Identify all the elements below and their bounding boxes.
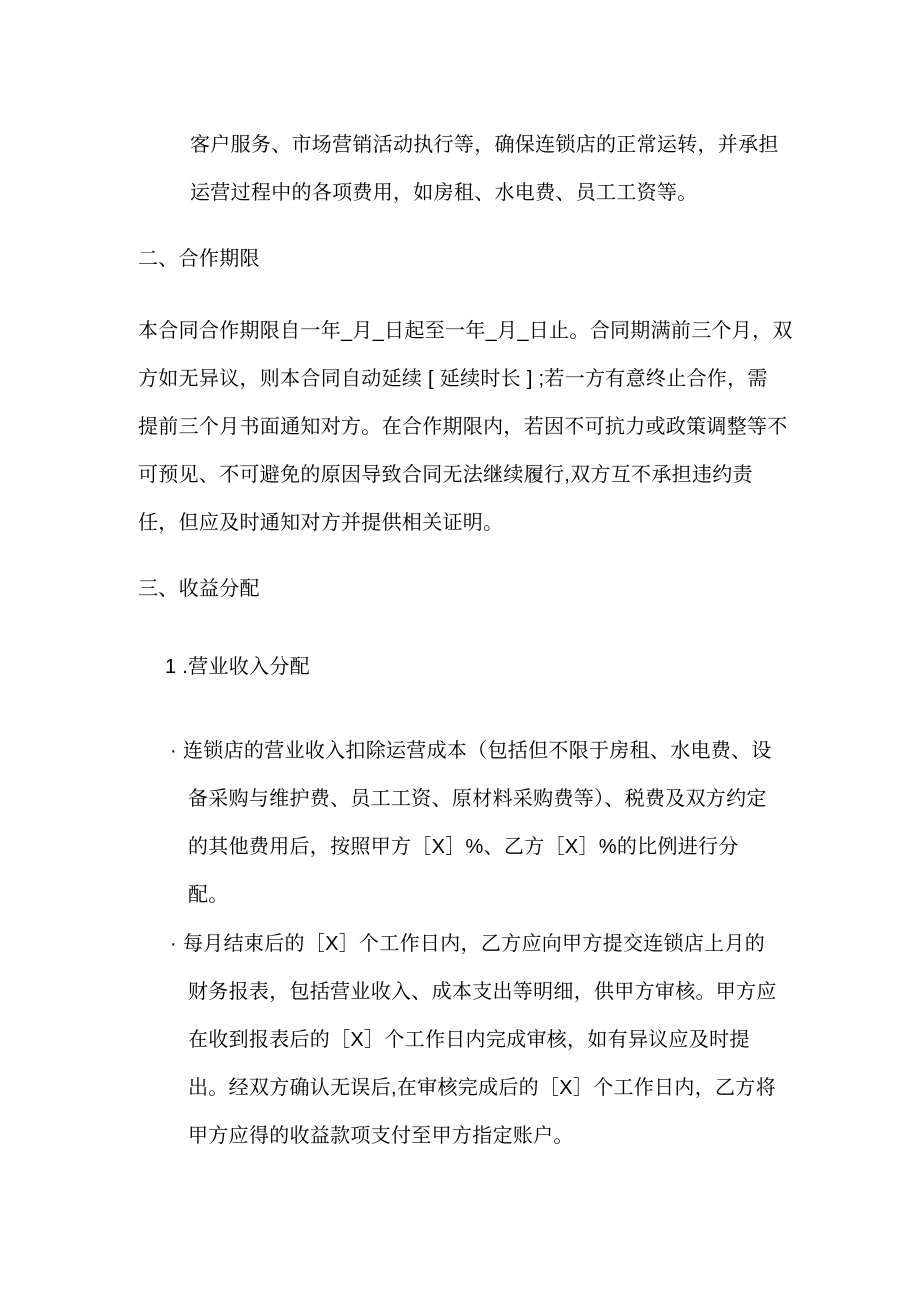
cooperation-period-paragraph: 本合同合作期限自一年_月_日起至一年_月_日止。合同期满前三个月，双 方如无异议…: [0, 307, 920, 547]
text-line: 可预见、不可避免的原因导致合同无法继续履行,双方互不承担违约责: [0, 451, 920, 499]
text-line: 客户服务、市场营销活动执行等，确保连锁店的正常运转，并承担: [0, 121, 920, 169]
intro-paragraph: 客户服务、市场营销活动执行等，确保连锁店的正常运转，并承担 运营过程中的各项费用…: [0, 121, 920, 217]
text-line: 提前三个月书面通知对方。在合作期限内，若因不可抗力或政策调整等不: [0, 403, 920, 451]
text-line: 每月结束后的［X］个工作日内，乙方应向甲方提交连锁店上月的: [183, 933, 765, 955]
text-line: 任，但应及时通知对方并提供相关证明。: [0, 499, 920, 547]
text-line: 的其他费用后，按照甲方［X］%、乙方［X］%的比例进行分: [0, 823, 920, 871]
list-item-first-line: ·连锁店的营业收入扣除运营成本（包括但不限于房租、水电费、设: [0, 727, 920, 775]
text-line: 连锁店的营业收入扣除运营成本（包括但不限于房租、水电费、设: [183, 740, 772, 762]
list-item-monthly-settlement: ·每月结束后的［X］个工作日内，乙方应向甲方提交连锁店上月的 财务报表，包括营业…: [0, 920, 920, 1160]
text-line: 备采购与维护费、员工工资、原材料采购费等）、税费及双方约定: [0, 775, 920, 823]
section-heading-revenue-distribution: 三、收益分配: [0, 565, 920, 613]
subitem-revenue-income-distribution: 1 .营业收入分配: [0, 643, 920, 691]
document-page: 客户服务、市场营销活动执行等，确保连锁店的正常运转，并承担 运营过程中的各项费用…: [0, 0, 920, 1301]
bullet-marker: ·: [170, 727, 183, 775]
text-line: 在收到报表后的［X］个工作日内完成审核，如有异议应及时提: [0, 1016, 920, 1064]
text-line: 方如无异议，则本合同自动延续 [ 延续时长 ] ;若一方有意终止合作，需: [0, 355, 920, 403]
bullet-marker: ·: [170, 920, 183, 968]
text-line: 财务报表，包括营业收入、成本支出等明细，供甲方审核。甲方应: [0, 968, 920, 1016]
text-line: 运营过程中的各项费用，如房租、水电费、员工工资等。: [0, 169, 920, 217]
text-line: 本合同合作期限自一年_月_日起至一年_月_日止。合同期满前三个月，双: [0, 307, 920, 355]
text-line: 甲方应得的收益款项支付至甲方指定账户。: [0, 1112, 920, 1160]
section-heading-cooperation-period: 二、合作期限: [0, 235, 920, 283]
text-line: 配。: [0, 871, 920, 919]
text-line: 出。经双方确认无误后,在审核完成后的［X］个工作日内，乙方将: [0, 1064, 920, 1112]
list-item-first-line: ·每月结束后的［X］个工作日内，乙方应向甲方提交连锁店上月的: [0, 920, 920, 968]
list-item-revenue-split: ·连锁店的营业收入扣除运营成本（包括但不限于房租、水电费、设 备采购与维护费、员…: [0, 727, 920, 919]
